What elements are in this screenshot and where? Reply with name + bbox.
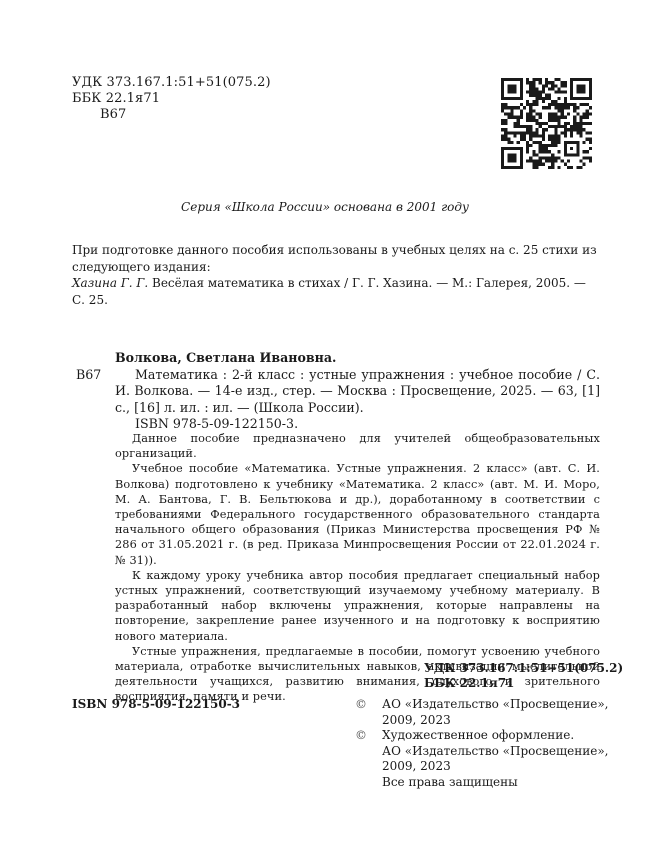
copyright-line: АО «Издательство «Просвещение», [355,744,609,760]
footer-bbk: ББК 22.1я71 [424,676,623,691]
reference-details: Весёлая математика в стихах / Г. Г. Хази… [72,276,586,307]
author-sign: В67 [72,107,271,123]
record-code: В67 [76,367,101,384]
annotation-paragraph: К каждому уроку учебника автор пособия п… [115,568,600,644]
qr-code-icon[interactable] [501,78,592,169]
copyright-line: АО «Издательство «Просвещение», [382,697,609,713]
footer-classification: УДК 373.167.1:51+51(075.2) ББК 22.1я71 [424,661,623,691]
annotation-paragraph: Учебное пособие «Математика. Устные упра… [115,461,600,567]
copyright-line: 2009, 2023 [355,713,609,729]
record-description: Математика : 2-й класс : устные упражнен… [115,367,600,417]
classification-header: УДК 373.167.1:51+51(075.2) ББК 22.1я71 В… [72,75,271,123]
udk-code: УДК 373.167.1:51+51(075.2) [72,75,271,91]
record-author: Волкова, Светлана Ивановна. [72,350,600,367]
footer-isbn: ISBN 978-5-09-122150-3 [72,697,240,711]
copyright-block: ©АО «Издательство «Просвещение», 2009, 2… [355,697,609,790]
source-note-text: При подготовке данного пособия использов… [72,243,597,274]
copyright-icon: © [355,697,382,713]
series-note: Серия «Школа России» основана в 2001 год… [0,200,650,214]
bibliographic-record: Волкова, Светлана Ивановна. В67 Математи… [72,350,600,433]
rights-reserved: Все права защищены [355,775,609,791]
reference-author: Хазина Г. Г. [72,276,148,290]
footer-udk: УДК 373.167.1:51+51(075.2) [424,661,623,676]
bbk-code: ББК 22.1я71 [72,91,271,107]
copyright-line: 2009, 2023 [355,759,609,775]
source-note: При подготовке данного пособия использов… [72,242,597,308]
annotation-paragraph: Данное пособие предназначено для учителе… [115,431,600,461]
copyright-icon: © [355,728,382,744]
copyright-line: Художественное оформление. [382,728,574,744]
